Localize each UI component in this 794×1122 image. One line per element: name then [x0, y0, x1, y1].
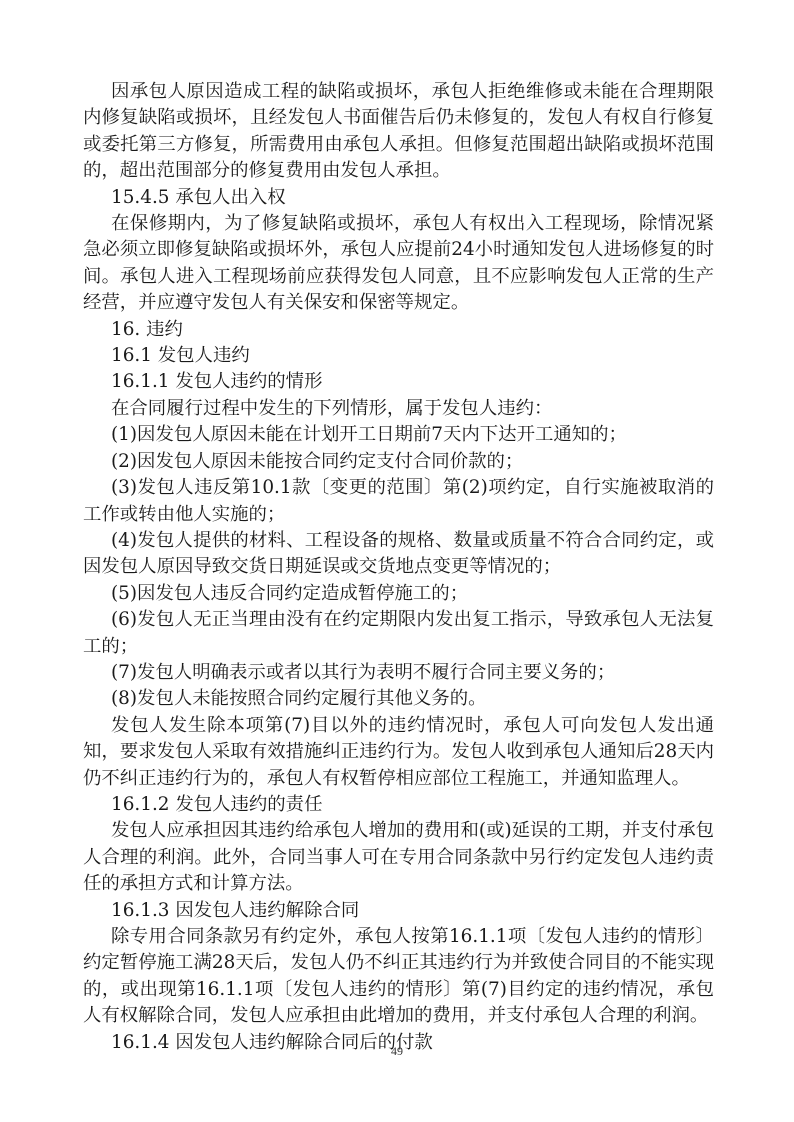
- list-item-8: (8)发包人未能按照合同约定履行其他义务的。: [83, 686, 714, 712]
- heading-16-1: 16.1 发包人违约: [83, 343, 714, 369]
- paragraph-breach-notice: 发包人发生除本项第(7)目以外的违约情况时，承包人可向发包人发出通知，要求发包人…: [83, 713, 714, 792]
- list-item-6: (6)发包人无正当理由没有在约定期限内发出复工指示，导致承包人无法复工的；: [83, 607, 714, 660]
- heading-16-1-1: 16.1.1 发包人违约的情形: [83, 369, 714, 395]
- document-page-body: 因承包人原因造成工程的缺陷或损坏，承包人拒绝维修或未能在合理期限内修复缺陷或损坏…: [83, 79, 714, 1056]
- list-item-5: (5)因发包人违反合同约定造成暂停施工的；: [83, 581, 714, 607]
- list-item-1: (1)因发包人原因未能在计划开工日期前7天内下达开工通知的；: [83, 422, 714, 448]
- list-item-4: (4)发包人提供的材料、工程设备的规格、数量或质量不符合合同约定，或因发包人原因…: [83, 528, 714, 581]
- list-item-7: (7)发包人明确表示或者以其行为表明不履行合同主要义务的；: [83, 660, 714, 686]
- heading-16-1-2: 16.1.2 发包人违约的责任: [83, 792, 714, 818]
- paragraph-contract-termination: 除专用合同条款另有约定外，承包人按第16.1.1项〔发包人违约的情形〕约定暂停施…: [83, 924, 714, 1030]
- heading-16-1-3: 16.1.3 因发包人违约解除合同: [83, 898, 714, 924]
- paragraph-access-right: 在保修期内，为了修复缺陷或损坏，承包人有权出入工程现场，除情况紧急必须立即修复缺…: [83, 211, 714, 317]
- paragraph-defect-repair: 因承包人原因造成工程的缺陷或损坏，承包人拒绝维修或未能在合理期限内修复缺陷或损坏…: [83, 79, 714, 185]
- page-number: 49: [0, 1044, 794, 1059]
- paragraph-breach-intro: 在合同履行过程中发生的下列情形，属于发包人违约：: [83, 396, 714, 422]
- list-item-3: (3)发包人违反第10.1款〔变更的范围〕第(2)项约定，自行实施被取消的工作或…: [83, 475, 714, 528]
- heading-16: 16. 违约: [83, 317, 714, 343]
- list-item-2: (2)因发包人原因未能按合同约定支付合同价款的；: [83, 449, 714, 475]
- paragraph-breach-liability: 发包人应承担因其违约给承包人增加的费用和(或)延误的工期，并支付承包人合理的利润…: [83, 818, 714, 897]
- heading-15-4-5: 15.4.5 承包人出入权: [83, 185, 714, 211]
